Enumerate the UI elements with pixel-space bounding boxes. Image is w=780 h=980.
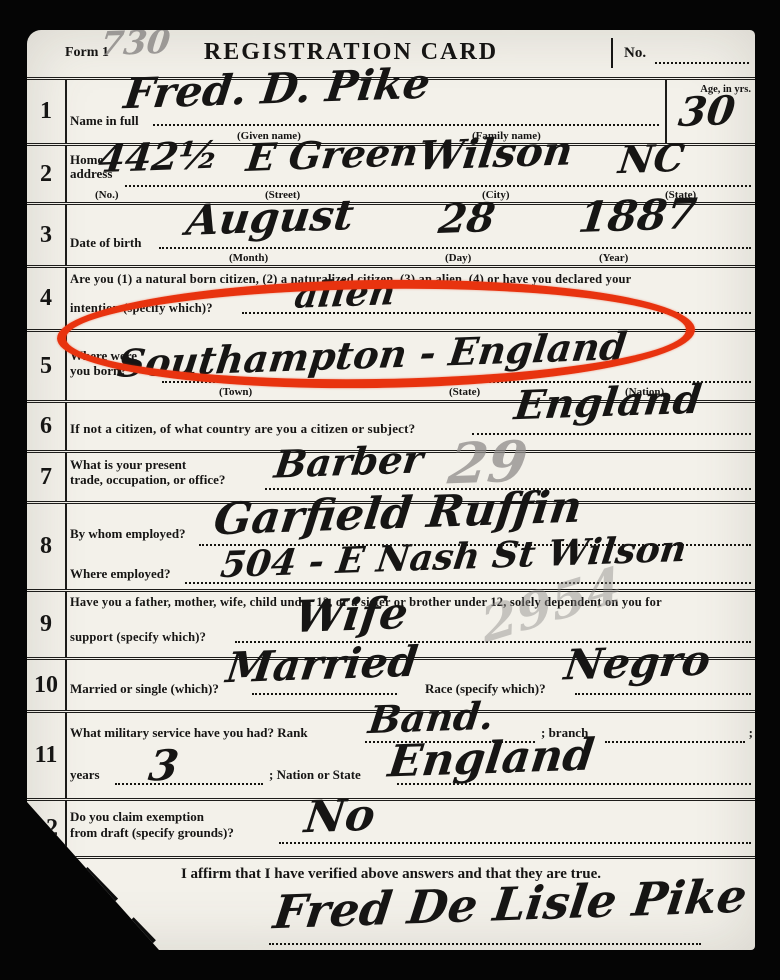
where-employed-label: Where employed? xyxy=(70,566,171,582)
row-date-of-birth: 3 Date of birth (Month) (Day) (Year) Aug… xyxy=(27,202,755,265)
row-military-service: 11 What military service have you had? R… xyxy=(27,710,755,798)
exemption-dotted-line xyxy=(279,842,751,844)
signature-dotted-line xyxy=(269,943,701,945)
dependents-answer-handwritten: Wife xyxy=(292,592,410,640)
race-dotted-line xyxy=(575,693,751,695)
age-handwritten: 30 xyxy=(676,91,737,133)
registration-card-scan: Form 1 730 REGISTRATION CARD No. 1 Name … xyxy=(27,30,755,950)
row-citizen-question-content: Are you (1) a natural born citizen, (2) … xyxy=(67,268,755,329)
month-sublabel: (Month) xyxy=(229,252,268,264)
row-citizen-question: 4 Are you (1) a natural born citizen, (2… xyxy=(27,265,755,329)
dob-dotted-line xyxy=(159,247,751,249)
year-handwritten: 1887 xyxy=(576,193,699,239)
country-question: If not a citizen, of what country are yo… xyxy=(70,421,415,437)
nation-answer-handwritten: England xyxy=(386,733,597,784)
signature-sublabel: (Signature or mark) xyxy=(405,949,499,961)
row-number: 4 xyxy=(27,268,67,329)
row-number: 9 xyxy=(27,592,67,657)
month-handwritten: August xyxy=(184,194,356,242)
by-whom-employed-label: By whom employed? xyxy=(70,526,186,542)
years-dotted-line xyxy=(115,783,263,785)
row-employer: 8 By whom employed? Garfield Ruffin Wher… xyxy=(27,501,755,589)
row-employer-content: By whom employed? Garfield Ruffin Where … xyxy=(67,504,755,589)
dependents-question-line2: support (specify which)? xyxy=(70,630,206,645)
trade-answer-handwritten: Barber xyxy=(272,440,425,483)
married-label: Married or single (which)? xyxy=(70,681,219,697)
nation-or-state-label: ; Nation or State xyxy=(269,767,361,783)
row-exemption-content: Do you claim exemption from draft (speci… xyxy=(67,801,755,856)
signature-handwritten: Fred De Lisle Pike xyxy=(271,873,749,935)
day-sublabel: (Day) xyxy=(445,252,471,264)
dob-label: Date of birth xyxy=(70,235,142,251)
name-handwritten: Fred. D. Pike xyxy=(122,63,433,116)
no-sublabel: (No.) xyxy=(95,189,119,201)
military-rank-label: What military service have you had? Rank xyxy=(70,725,308,741)
row-number: 6 xyxy=(27,403,67,450)
row-date-of-birth-content: Date of birth (Month) (Day) (Year) Augus… xyxy=(67,205,755,265)
row-number: 11 xyxy=(27,713,67,798)
state-sublabel: (State) xyxy=(449,386,480,398)
row-exemption: 12 Do you claim exemption from draft (sp… xyxy=(27,798,755,856)
card-footer: I affirm that I have verified above answ… xyxy=(27,856,755,980)
no-dotted-line xyxy=(655,62,749,64)
branch-dotted-line xyxy=(605,741,745,743)
row-number: 7 xyxy=(27,453,67,501)
year-sublabel: (Year) xyxy=(599,252,628,264)
row-number: 12 xyxy=(27,801,67,856)
town-sublabel: (Town) xyxy=(219,386,252,398)
trade-label-line2: trade, occupation, or office? xyxy=(70,472,225,488)
serial-number-pencil: 730 xyxy=(99,25,172,60)
row-number: 1 xyxy=(27,80,67,143)
country-answer-handwritten: England xyxy=(512,380,704,426)
exemption-label-line1: Do you claim exemption xyxy=(70,809,204,825)
exemption-label-line2: from draft (specify grounds)? xyxy=(70,825,234,841)
citizen-answer-handwritten: alien xyxy=(293,274,398,313)
row-number: 10 xyxy=(27,660,67,710)
row-number: 8 xyxy=(27,504,67,589)
address-street-handwritten: E Green xyxy=(244,133,420,177)
address-no-handwritten: 442½ xyxy=(96,136,220,178)
born-answer-handwritten: Southampton - England xyxy=(115,327,628,383)
branch-semicolon: ; xyxy=(749,725,753,741)
address-dotted-line xyxy=(125,185,751,187)
no-field-label: No. xyxy=(624,45,646,62)
exemption-answer-handwritten: No xyxy=(302,794,377,840)
married-answer-handwritten: Married xyxy=(224,641,420,690)
address-city-handwritten: Wilson xyxy=(416,131,575,176)
citizen-question-line2: intention (specify which)? xyxy=(70,301,213,316)
day-handwritten: 28 xyxy=(436,198,497,240)
row-number: 5 xyxy=(27,332,67,400)
row-number: 2 xyxy=(27,146,67,202)
age-box: Age, in yrs. 30 xyxy=(665,80,755,143)
race-answer-handwritten: Negro xyxy=(562,639,713,686)
address-state-handwritten: NC xyxy=(616,139,686,179)
row-number: 3 xyxy=(27,205,67,265)
name-dotted-line xyxy=(153,124,659,126)
married-dotted-line xyxy=(252,693,397,695)
years-answer-handwritten: 3 xyxy=(146,745,181,788)
trade-label-line1: What is your present xyxy=(70,457,186,473)
row-military-service-content: What military service have you had? Rank… xyxy=(67,713,755,798)
years-label: years xyxy=(70,767,100,783)
header-divider-line xyxy=(611,38,613,68)
